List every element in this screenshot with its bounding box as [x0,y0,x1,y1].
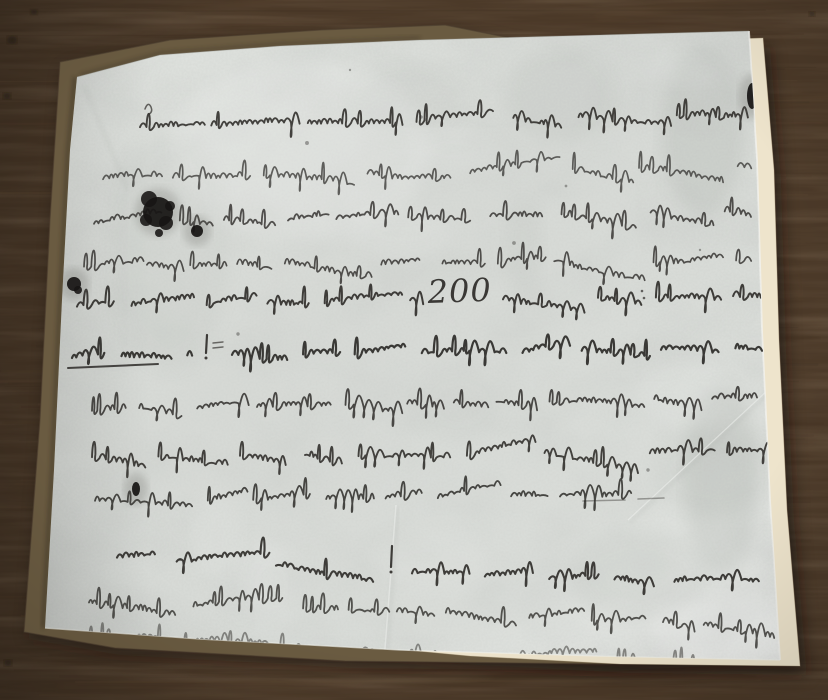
photo-vignette [0,0,828,700]
letter-photo-scene: 200 [0,0,828,700]
photo-of-letter: 200 Photograph of an old handwritten let… [0,0,828,700]
